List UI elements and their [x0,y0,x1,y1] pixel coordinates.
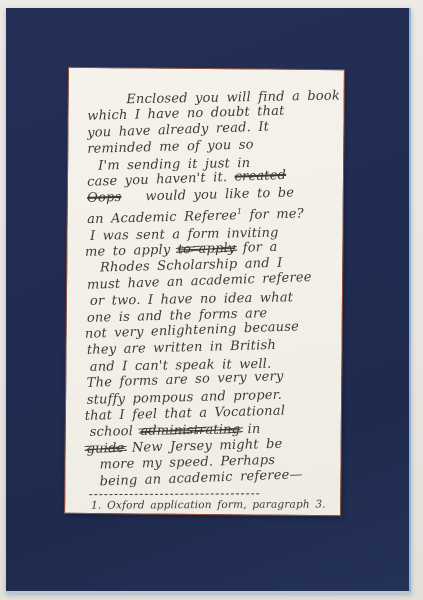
handwriting-text: for a [235,240,277,256]
photo-background: Enclosed you will find a bookwhich I hav… [0,0,423,600]
handwriting-text: me to apply [85,242,178,259]
footnote-separator [89,493,259,495]
letter-text: Enclosed you will find a bookwhich I hav… [87,93,331,492]
handwriting-text: in [240,422,261,437]
handwriting-text: they are written in British [87,338,276,358]
handwriting-text: an Academic Referee [87,208,237,227]
handwriting-text: school [90,424,141,440]
letter-paper: Enclosed you will find a bookwhich I hav… [64,67,345,516]
struck-text: Oops [87,190,122,206]
handwriting-text: would you like to be [145,186,294,205]
handwriting-text: reminded me of you so [87,138,254,157]
handwriting-text: for me? [242,206,304,223]
struck-text: guide [87,441,125,457]
struck-text: created [234,168,286,185]
handwriting-text: — [289,467,303,482]
footnote: 1. Oxford application form, paragraph 3. [91,499,328,512]
mat-board: Enclosed you will find a bookwhich I hav… [6,8,411,593]
struck-text: administrating [140,423,240,440]
struck-text: to apply [178,241,236,258]
